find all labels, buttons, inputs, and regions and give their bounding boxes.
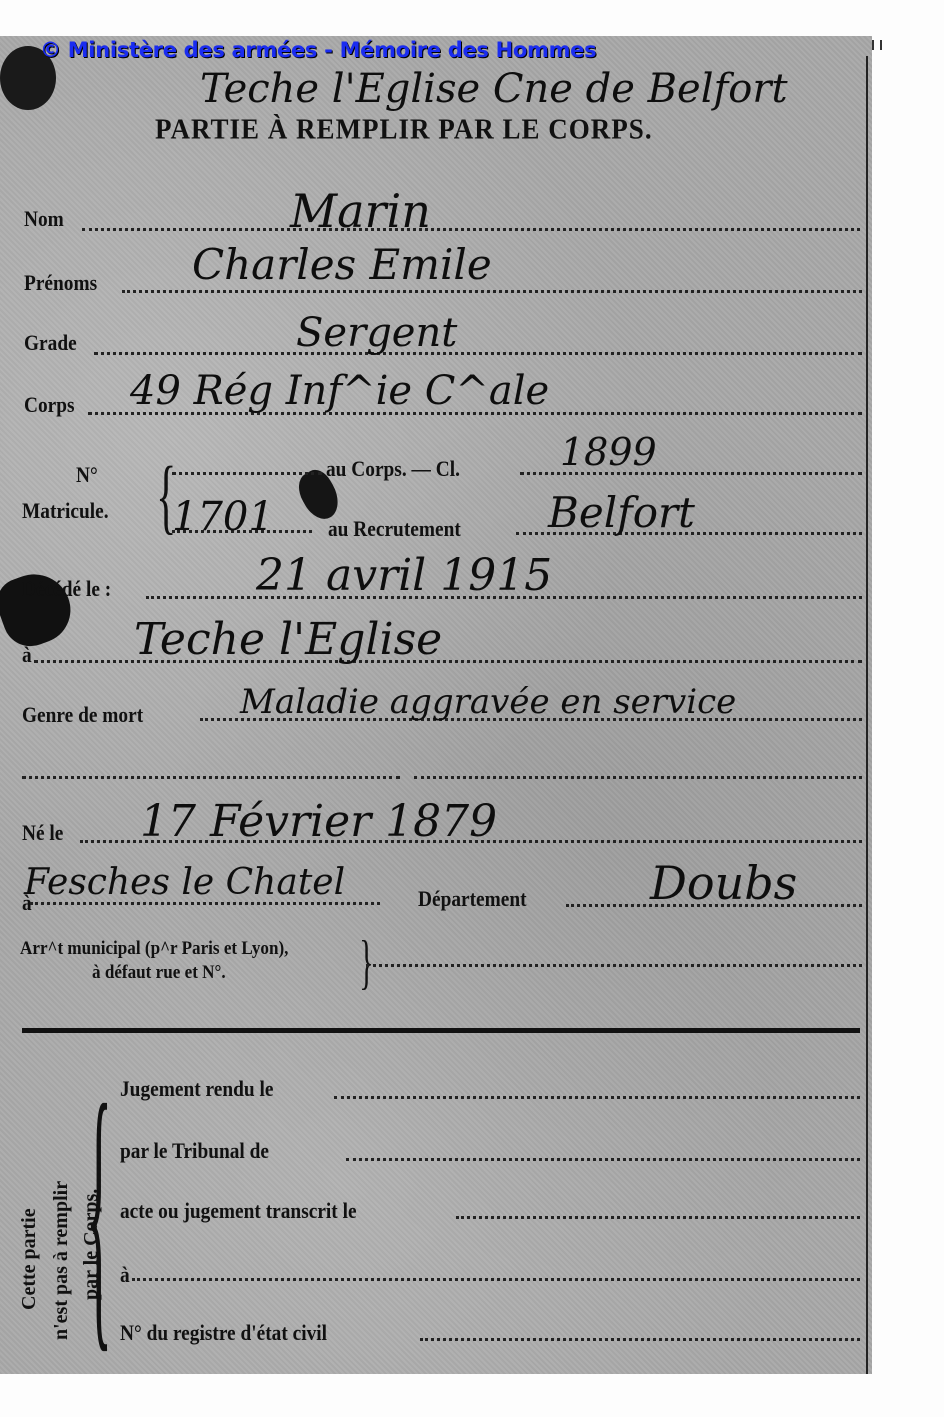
arrondissement-label-1: Arr^t municipal (p^r Paris et Lyon), [20, 938, 288, 960]
prenoms-line [122, 290, 862, 293]
departement-label: Département [418, 886, 527, 912]
right-border-rule [866, 56, 868, 1374]
section-divider [22, 1028, 860, 1033]
recrutement-number-value: 1701 [172, 494, 274, 540]
genre-de-mort-line-2b [414, 776, 862, 779]
arrondissement-line [366, 964, 862, 967]
copyright-watermark: © Ministère des armées - Mémoire des Hom… [40, 38, 596, 62]
grade-value: Sergent [296, 310, 457, 356]
tribunal-label: par le Tribunal de [120, 1138, 269, 1164]
arrondissement-brace: } [359, 928, 373, 997]
prenoms-label: Prénoms [24, 270, 97, 296]
side-note-brace: { [86, 1060, 112, 1360]
genre-de-mort-value: Maladie aggravée en service [240, 682, 736, 722]
au-corps-label: au Corps. — Cl. [326, 456, 460, 482]
jugement-rendu-label: Jugement rendu le [120, 1076, 273, 1102]
grade-label: Grade [24, 330, 77, 356]
decede-label: Décédé le : [22, 576, 111, 602]
lieu-deces-label: à [22, 642, 32, 668]
matricule-corps-line [172, 472, 322, 475]
recrutement-value: Belfort [548, 488, 695, 537]
lieu-naissance-value: Fesches le Chatel [24, 862, 345, 903]
matricule-label-top: N° [76, 462, 98, 488]
arrondissement-label-2: à défaut rue et N°. [92, 962, 226, 984]
side-note-line-1: Cette partie [18, 1208, 41, 1310]
transcrit-line [456, 1216, 860, 1219]
ne-le-label: Né le [22, 820, 63, 846]
corps-value: 49 Rég Inf^ie C^ale [130, 368, 549, 414]
departement-value: Doubs [650, 856, 797, 910]
lieu-deces-value: Teche l'Eglise [134, 614, 442, 665]
grade-line [94, 352, 862, 355]
decede-value: 21 avril 1915 [256, 550, 552, 601]
lieu-transcription-label: à [120, 1262, 130, 1288]
registre-label: N° du registre d'état civil [120, 1320, 327, 1346]
genre-de-mort-label: Genre de mort [22, 702, 143, 728]
genre-de-mort-line-2a [22, 776, 400, 779]
matricule-label-bottom: Matricule. [22, 498, 109, 524]
classe-value: 1899 [560, 430, 657, 474]
tribunal-line [346, 1158, 860, 1161]
lieu-transcription-line [132, 1278, 860, 1281]
side-note-line-2: n'est pas à remplir [50, 1181, 73, 1340]
jugement-rendu-line [334, 1096, 860, 1099]
nom-value: Marin [290, 184, 431, 238]
form-title: PARTIE À REMPLIR PAR LE CORPS. [155, 113, 653, 146]
recrutement-label: au Recrutement [328, 516, 461, 542]
ne-le-value: 17 Février 1879 [140, 796, 497, 847]
prenoms-value: Charles Emile [192, 240, 492, 289]
transcrit-label: acte ou jugement transcrit le [120, 1198, 357, 1224]
registre-line [420, 1338, 860, 1341]
corps-label: Corps [24, 392, 75, 418]
right-corner-mark [872, 40, 882, 50]
nom-label: Nom [24, 206, 64, 232]
header-handwritten-location: Teche l'Eglise Cne de Belfort [200, 66, 788, 112]
nom-line [82, 228, 860, 231]
